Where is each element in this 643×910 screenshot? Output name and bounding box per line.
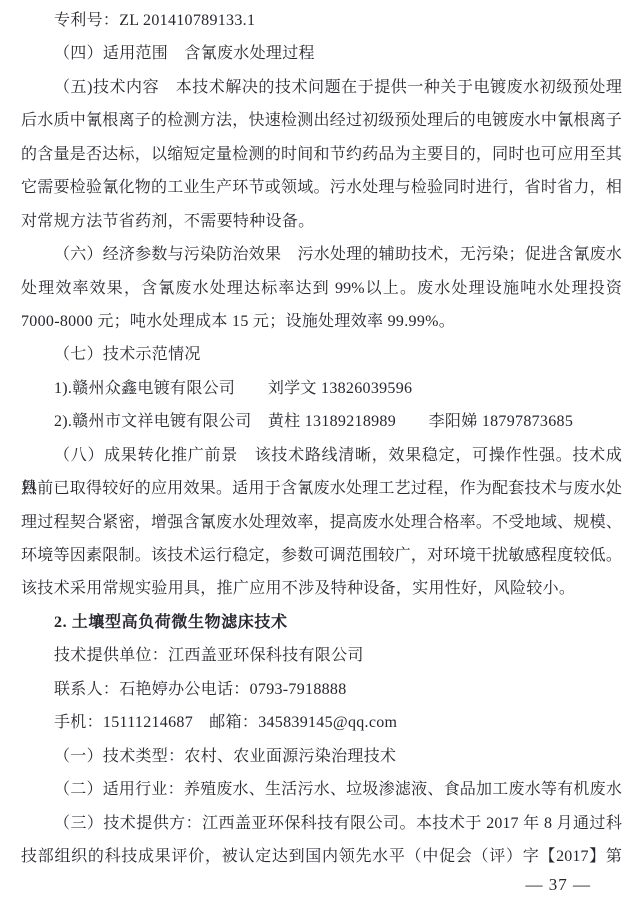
tech-provider-line-1: （三）技术提供方：江西盖亚环保科技有限公司。本技术于 2017 年 8 月通过科	[21, 807, 622, 840]
tech-content-line-3: 的含量是否达标，以缩短定量检测的时间和节约药品为主要目的，同时也可应用至其	[21, 138, 622, 171]
demo-company-2-line: 2).赣州市文祥电镀有限公司 黄柱 13189218989 李阳娣 187978…	[21, 405, 622, 438]
economic-params-line-1: （六）经济参数与污染防治效果 污水处理的辅助技术，无污染；促进含氰废水	[21, 238, 622, 271]
phone-email-line: 手机：15111214687 邮箱：345839145@qq.com	[21, 706, 622, 739]
tech-type-line: （一）技术类型：农村、农业面源污染治理技术	[21, 740, 622, 773]
section-scope-line: （四）适用范围 含氰废水处理过程	[21, 37, 622, 70]
promotion-prospect-line-5: 该技术采用常规实验用具，推广应用不涉及特种设备，实用性好，风险较小。	[21, 572, 622, 605]
economic-params-line-2: 处理效率效果，含氰废水处理达标率达到 99%以上。废水处理设施吨水处理投资	[21, 272, 622, 305]
demo-company-1-line: 1).赣州众鑫电镀有限公司 刘学文 13826039596	[21, 372, 622, 405]
promotion-prospect-line-3: 理过程契合紧密，增强含氰废水处理效率，提高废水处理合格率。不受地域、规模、	[21, 506, 622, 539]
tech-content-line-2: 后水质中氰根离子的检测方法，快速检测出经过初级预处理后的电镀废水中氰根离子	[21, 104, 622, 137]
applicable-industry-line: （二）适用行业：养殖废水、生活污水、垃圾渗滤液、食品加工废水等有机废水	[21, 773, 622, 806]
document-page: 专利号：ZL 201410789133.1 （四）适用范围 含氰废水处理过程 （…	[21, 4, 622, 873]
economic-params-line-3: 7000-8000 元；吨水处理成本 15 元；设施处理效率 99.99%。	[21, 305, 622, 338]
provider-line: 技术提供单位：江西盖亚环保科技有限公司	[21, 639, 622, 672]
page-number: — 37 —	[526, 872, 592, 898]
promotion-prospect-line-4: 环境等因素限制。该技术运行稳定，参数可调范围较广，对环境干扰敏感程度较低。	[21, 539, 622, 572]
demo-status-heading-line: （七）技术示范情况	[21, 338, 622, 371]
tech-provider-line-2: 技部组织的科技成果评价，被认定达到国内领先水平（中促会（评）字【2017】第	[21, 840, 622, 873]
promotion-prospect-line-1: （八）成果转化推广前景 该技术路线清晰，效果稳定，可操作性强。技术成熟，	[21, 439, 622, 472]
patent-number-line: 专利号：ZL 201410789133.1	[21, 4, 622, 37]
promotion-prospect-line-2: 目前已取得较好的应用效果。适用于含氰废水处理工艺过程，作为配套技术与废水处	[21, 472, 622, 505]
tech-content-line-4: 它需要检验氰化物的工业生产环节或领域。污水处理与检验同时进行，省时省力，相	[21, 171, 622, 204]
section-2-title-line: 2. 土壤型高负荷微生物滤床技术	[21, 606, 622, 639]
contact-line: 联系人：石艳婷办公电话：0793-7918888	[21, 673, 622, 706]
tech-content-line-1: （五)技术内容 本技术解决的技术问题在于提供一种关于电镀废水初级预处理	[21, 71, 622, 104]
tech-content-line-5: 对常规方法节省药剂，不需要特种设备。	[21, 205, 622, 238]
